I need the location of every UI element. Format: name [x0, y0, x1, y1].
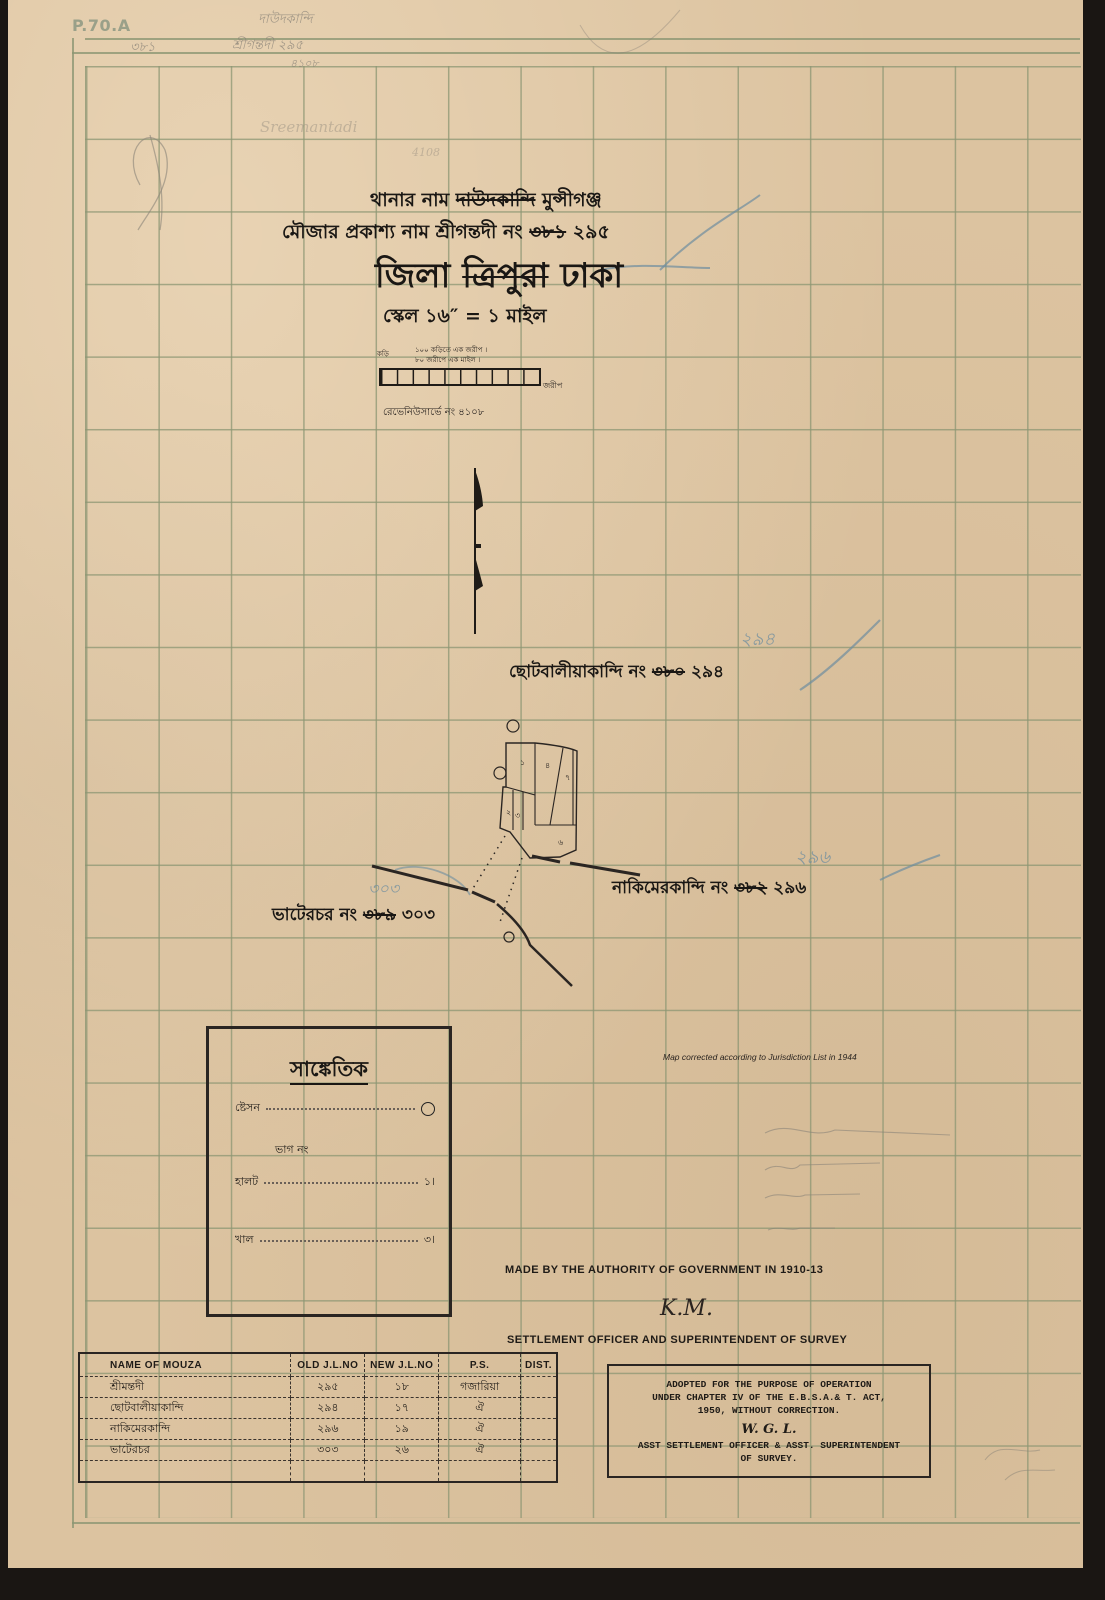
- officer-signature: K.M.: [660, 1296, 713, 1321]
- table-row: [79, 1461, 557, 1483]
- asst-officer-signature: W. G. L.: [609, 1423, 929, 1436]
- table-row: ছোটবালীয়াকান্দি ২৯৪ ১৭ ঐ: [79, 1398, 557, 1419]
- table-header: NAME OF MOUZA OLD J.L.NO NEW J.L.NO P.S.…: [79, 1353, 557, 1377]
- settlement-officer-title: SETTLEMENT OFFICER AND SUPERINTENDENT OF…: [507, 1334, 847, 1346]
- mouza-table: NAME OF MOUZA OLD J.L.NO NEW J.L.NO P.S.…: [78, 1352, 558, 1483]
- table-row: শ্রীমন্তদী ২৯৫ ১৮ গজারিয়া: [79, 1377, 557, 1398]
- table-row: নাকিমেরকান্দি ২৯৬ ১৯ ঐ: [79, 1419, 557, 1440]
- made-by-note: MADE BY THE AUTHORITY OF GOVERNMENT IN 1…: [505, 1264, 823, 1276]
- adoption-stamp: ADOPTED FOR THE PURPOSE OF OPERATION UND…: [607, 1364, 931, 1478]
- table-row: ভাটেরচর ৩০৩ ২৬ ঐ: [79, 1440, 557, 1461]
